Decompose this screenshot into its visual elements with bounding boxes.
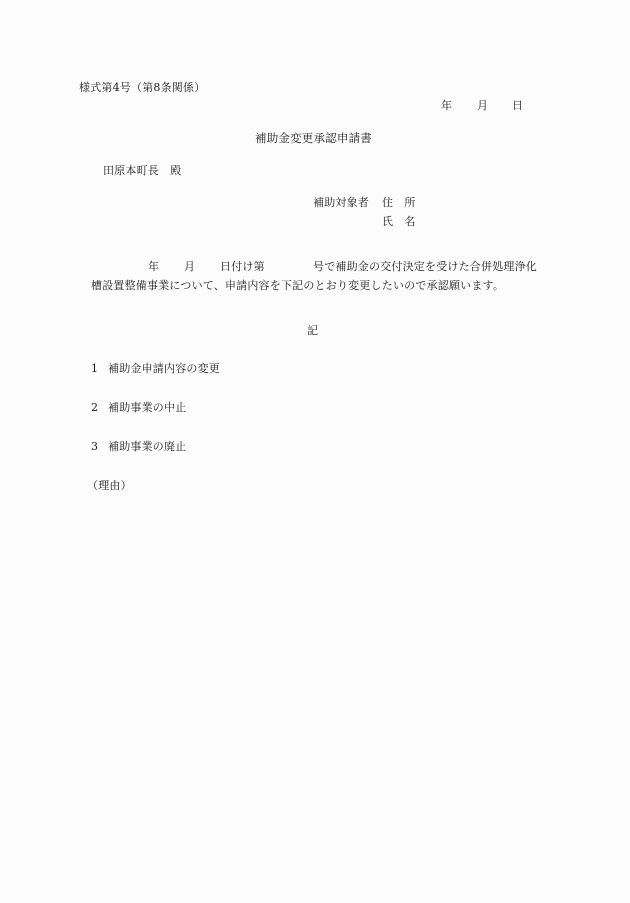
document-title: 補助金変更承認申請書 [255,132,372,145]
item-number: 1 [91,362,98,375]
date-year-label: 年 [441,99,452,112]
applicant-label: 補助対象者 [313,196,369,209]
item-number: 2 [91,401,98,414]
date-month-label: 月 [477,99,488,112]
form-number: 様式第4号（第8条関係） [79,81,205,94]
item-text: 補助事業の廃止 [108,440,186,453]
item-text: 補助金申請内容の変更 [108,362,220,375]
reason-label: （理由） [87,479,132,492]
body-year-label: 年 [148,260,159,273]
date-day-label: 日 [512,99,523,112]
body-line1-rest: 号で補助金の交付決定を受けた合併処理浄化 [313,260,537,273]
address-label: 住 所 [382,196,416,209]
body-line2: 槽設置整備事業について、申請内容を下記のとおり変更したいので承認願います。 [91,279,504,292]
body-month-label: 月 [184,260,195,273]
addressee: 田原本町長 殿 [103,164,181,177]
item-number: 3 [91,440,98,453]
item-text: 補助事業の中止 [108,401,186,414]
body-day-prefix: 日付け第 [220,260,265,273]
name-label: 氏 名 [382,215,416,228]
ki-heading: 記 [307,324,318,337]
document-page: 様式第4号（第8条関係） 年 月 日 補助金変更承認申請書 田原本町長 殿 補助… [0,0,630,903]
